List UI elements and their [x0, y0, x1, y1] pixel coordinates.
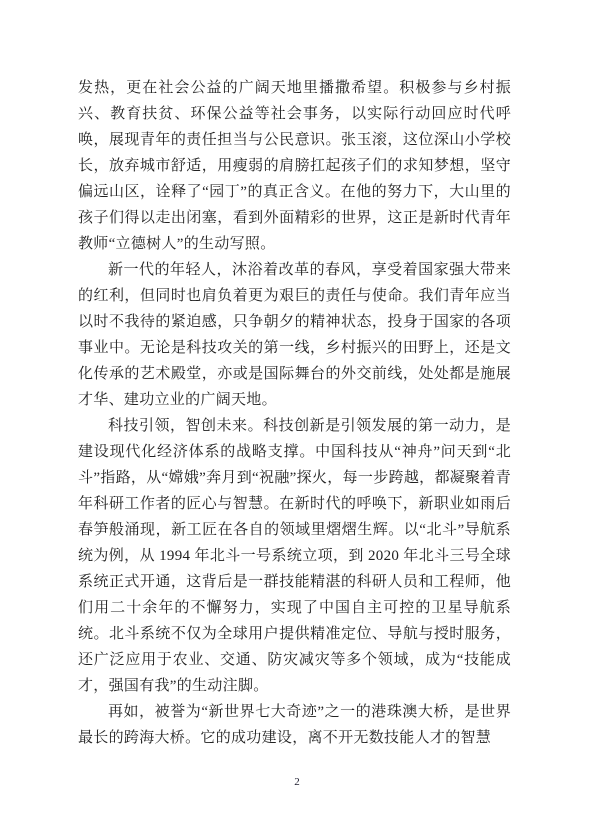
body-paragraph: 再如，被誉为“新世界七大奇迹”之一的港珠澳大桥，是世界最长的跨海大桥。它的成功建… — [78, 699, 511, 751]
document-page: 发热，更在社会公益的广阔天地里播撒希望。积极参与乡村振兴、教育扶贫、环保公益等社… — [0, 0, 594, 840]
body-paragraph: 科技引领，智创未来。科技创新是引领发展的第一动力，是建设现代化经济体系的战略支撑… — [78, 413, 511, 699]
page-number: 2 — [294, 776, 300, 788]
body-paragraph: 新一代的年轻人，沐浴着改革的春风，享受着国家强大带来的红利，但同时也肩负着更为艰… — [78, 257, 511, 413]
page-footer: 2 — [0, 772, 594, 790]
body-paragraph: 发热，更在社会公益的广阔天地里播撒希望。积极参与乡村振兴、教育扶贫、环保公益等社… — [78, 75, 511, 257]
document-body: 发热，更在社会公益的广阔天地里播撒希望。积极参与乡村振兴、教育扶贫、环保公益等社… — [78, 75, 511, 751]
